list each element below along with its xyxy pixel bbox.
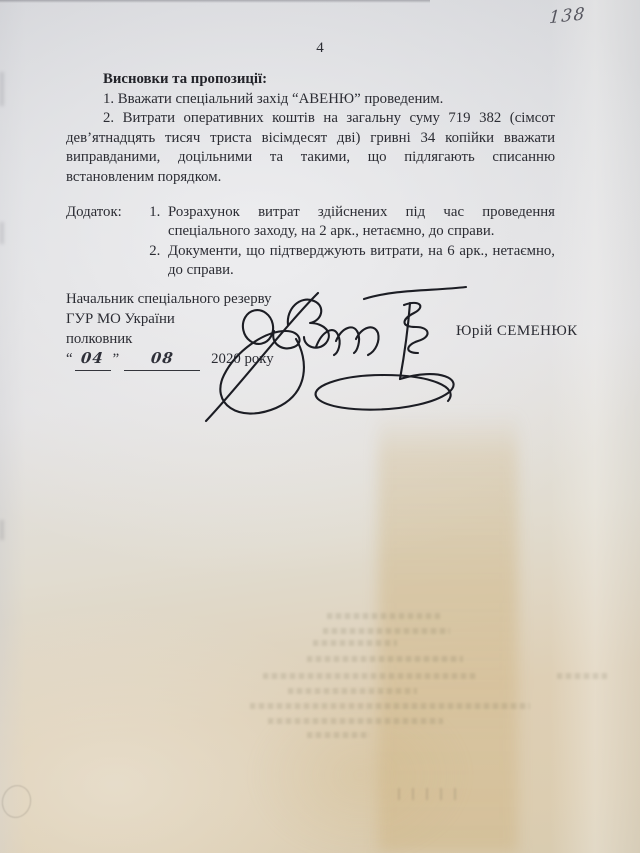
handwritten-sheet-number: 138 xyxy=(548,2,609,29)
bleedthrough-text-line xyxy=(268,718,443,724)
annex-label: Додаток: xyxy=(66,203,145,223)
paper-stain xyxy=(250,690,470,853)
bleedthrough-text-line xyxy=(557,673,607,679)
pencil-mark xyxy=(0,782,35,821)
bleedthrough-text-line xyxy=(327,613,440,619)
signature-autograph xyxy=(168,281,468,423)
conclusions-heading: Висновки та пропозиції: xyxy=(66,70,555,90)
photo-edge-mark xyxy=(0,222,4,244)
signer-name: Юрій СЕМЕНЮК xyxy=(456,323,578,340)
photo-edge-mark xyxy=(0,520,4,540)
handwritten-day: 04 xyxy=(80,349,105,369)
photo-edge-shadow xyxy=(0,0,430,3)
scanned-document-photo: 138 4 Висновки та пропозиції: 1. Вважати… xyxy=(0,0,640,853)
document-page: 138 4 Висновки та пропозиції: 1. Вважати… xyxy=(0,0,640,853)
annex-item: Розрахунок витрат здійснених під час про… xyxy=(164,203,555,242)
bleedthrough-text-line xyxy=(288,688,417,694)
bleedthrough-text-line xyxy=(263,673,476,679)
bleedthrough-text-line xyxy=(307,656,463,662)
signature-stroke xyxy=(206,293,318,421)
paragraph-2: 2. Витрати оперативних коштів на загальн… xyxy=(66,109,555,187)
paragraph-1: 1. Вважати спеціальний захід “АВЕНЮ” про… xyxy=(66,90,555,110)
bleedthrough-text-line xyxy=(313,640,397,646)
signature-stroke xyxy=(316,374,454,410)
date-quote-open: “ xyxy=(66,351,73,367)
bleedthrough-text-line xyxy=(307,732,370,738)
signature-stroke xyxy=(364,287,466,299)
bleedthrough-text-line xyxy=(323,628,450,634)
signature-stroke xyxy=(400,303,410,379)
date-day-field: 04 xyxy=(75,349,111,371)
signature-stroke xyxy=(316,327,379,355)
annex-item-text: Розрахунок витрат здійснених під час про… xyxy=(168,204,555,240)
pencil-mark xyxy=(398,788,468,800)
signature-stroke xyxy=(288,300,329,348)
annex-list: Розрахунок витрат здійснених під час про… xyxy=(145,203,555,281)
annex-item-text: Документи, що підтверджують витрати, на … xyxy=(168,243,555,279)
photo-edge-mark xyxy=(0,72,4,106)
annex-section: Додаток: Розрахунок витрат здійснених пі… xyxy=(66,203,555,281)
annex-item: Документи, що підтверджують витрати, на … xyxy=(164,242,555,281)
page-number: 4 xyxy=(0,40,640,57)
bleedthrough-text-line xyxy=(250,703,530,709)
date-quote-close: ” xyxy=(113,351,120,367)
